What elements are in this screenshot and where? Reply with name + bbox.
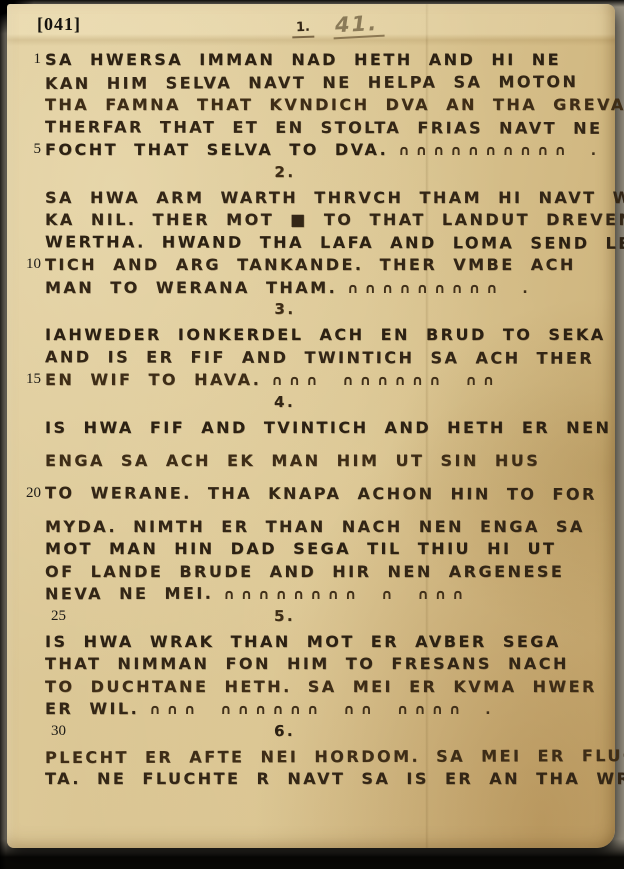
filler-marks: ∩∩∩∩∩∩∩∩∩∩ . [398,143,602,159]
manuscript-line: SA HWA ARM WARTH THRVCH THAM HI NAVT WAR [45,188,615,211]
manuscript-text: SA HWERSA IMMAN NAD HETH AND HI NE [45,50,561,69]
filler-marks: ∩∩∩ ∩∩∩∩∩∩ ∩∩ [271,373,500,389]
manuscript-line: WERTHA. HWAND THA LAFA AND LOMA SEND LES [45,233,615,256]
manuscript-text: MYDA. NIMTH ER THAN NACH NEN ENGA SA [45,517,585,536]
manuscript-text: KA NIL. THER MOT ■ TO THAT LANDUT DREVEN [45,210,624,229]
manuscript-text: MAN TO WERANA THAM. [45,278,337,297]
manuscript-text: TICH AND ARG TANKANDE. THER VMBE ACH [45,255,576,274]
line-number: 5 [13,141,41,158]
line-number: 25 [51,608,79,625]
manuscript-text: OF LANDE BRUDE AND HIR NEN ARGENESE [45,562,564,581]
folio-label: [041] [37,14,81,35]
line-number: 30 [51,723,79,740]
manuscript-line: 1SA HWERSA IMMAN NAD HETH AND HI NE [45,50,615,73]
manuscript-line: THA FAMNA THAT KVNDICH DVA AN THA GREVA. [45,95,615,118]
manuscript-line: IS HWA WRAK THAN MOT ER AVBER SEGA [45,632,615,655]
manuscript-line: THERFAR THAT ET EN STOLTA FRIAS NAVT NE [45,118,615,141]
manuscript-text: THAT NIMMAN FON HIM TO FRESANS NACH [45,654,569,673]
manuscript-text: TO WERANE. THA KNAPA ACHON HIN TO FOR [45,483,597,503]
manuscript-text: IS HWA FIF AND TVINTICH AND HETH ER NEN [45,418,611,437]
section-number: 6. [274,721,295,739]
manuscript-line: ENGA SA ACH EK MAN HIM UT SIN HUS [45,451,615,484]
manuscript-line: ER WIL.∩∩∩ ∩∩∩∩∩∩ ∩∩ ∩∩∩∩ . [45,699,615,722]
filler-marks: ∩∩∩∩∩∩∩∩ ∩ ∩∩∩ [223,587,469,603]
manuscript-text: TO DUCHTANE HETH. SA MEI ER KVMA HWER [45,677,597,696]
manuscript-line: TO DUCHTANE HETH. SA MEI ER KVMA HWER [45,677,615,700]
manuscript-lines: 1SA HWERSA IMMAN NAD HETH AND HI NEKAN H… [7,50,615,792]
manuscript-text: KAN HIM SELVA NAVT NE HELPA SA MOTON [45,72,578,93]
manuscript-text: PLECHT ER AFTE NEI HORDOM. SA MEI ER FLU… [45,745,624,766]
manuscript-text: MOT MAN HIN DAD SEGA TIL THIU HI UT [45,539,556,558]
parchment-page: [041] 1. 41. 1SA HWERSA IMMAN NAD HETH A… [7,4,615,848]
manuscript-text: WERTHA. HWAND THA LAFA AND LOMA SEND LES [45,232,624,253]
manuscript-text: THA FAMNA THAT KVNDICH DVA AN THA GREVA. [45,95,624,114]
section-number-line: 306. [45,722,615,747]
manuscript-line: 20TO WERANE. THA KNAPA ACHON HIN TO FOR [45,484,615,517]
line-number: 1 [13,51,41,68]
page-number-ink: 1. [292,18,315,39]
manuscript-text: AND IS ER FIF AND TWINTICH SA ACH THER [45,347,594,367]
line-number: 15 [13,371,41,388]
section-number: 3. [274,300,295,318]
manuscript-line: MOT MAN HIN DAD SEGA TIL THIU HI UT [45,539,615,562]
manuscript-text: IS HWA WRAK THAN MOT ER AVBER SEGA [45,632,561,651]
section-number-line: 4. [45,393,615,418]
manuscript-line: AND IS ER FIF AND TWINTICH SA ACH THER [45,348,615,371]
manuscript-line: OF LANDE BRUDE AND HIR NEN ARGENESE [45,562,615,585]
manuscript-line: KAN HIM SELVA NAVT NE HELPA SA MOTON [45,73,615,96]
manuscript-line: MAN TO WERANA THAM.∩∩∩∩∩∩∩∩∩ . [45,278,615,301]
manuscript-line: TA. NE FLUCHTE R NAVT SA IS ER AN THA WR… [45,769,615,792]
manuscript-text: NEVA NE MEI. [45,584,213,604]
section-number: 2. [274,163,295,181]
section-number-line: 3. [45,300,615,325]
manuscript-text: TA. NE FLUCHTE R NAVT SA IS ER AN THA WR… [45,769,624,788]
manuscript-line: 15EN WIF TO HAVA.∩∩∩ ∩∩∩∩∩∩ ∩∩ [45,370,615,393]
filler-marks: ∩∩∩ ∩∩∩∩∩∩ ∩∩ ∩∩∩∩ . [149,702,496,718]
manuscript-line: 5FOCHT THAT SELVA TO DVA.∩∩∩∩∩∩∩∩∩∩ . [45,140,615,163]
manuscript-line: KA NIL. THER MOT ■ TO THAT LANDUT DREVEN [45,210,615,233]
page-number-pencil: 41. [332,11,384,40]
manuscript-text: THERFAR THAT ET EN STOLTA FRIAS NAVT NE [45,117,602,137]
page-header: [041] 1. 41. [7,4,615,50]
manuscript-scan: [041] 1. 41. 1SA HWERSA IMMAN NAD HETH A… [0,0,624,869]
manuscript-line: IAHWEDER IONKERDEL ACH EN BRUD TO SEKA [45,325,615,348]
page-number-group: 1. 41. [292,12,384,38]
manuscript-text: ENGA SA ACH EK MAN HIM UT SIN HUS [45,451,540,470]
manuscript-line: THAT NIMMAN FON HIM TO FRESANS NACH [45,654,615,677]
manuscript-text: IAHWEDER IONKERDEL ACH EN BRUD TO SEKA [45,325,606,344]
section-number: 4. [274,392,295,410]
manuscript-line: NEVA NE MEI.∩∩∩∩∩∩∩∩ ∩ ∩∩∩ [45,584,615,607]
section-number: 5. [274,606,295,624]
section-number-line: 255. [45,607,615,632]
line-number: 10 [13,256,41,273]
manuscript-text: SA HWA ARM WARTH THRVCH THAM HI NAVT WAR [45,188,624,207]
manuscript-line: 10TICH AND ARG TANKANDE. THER VMBE ACH [45,255,615,278]
manuscript-line: IS HWA FIF AND TVINTICH AND HETH ER NEN [45,418,615,451]
manuscript-text: EN WIF TO HAVA. [45,370,261,389]
manuscript-line: MYDA. NIMTH ER THAN NACH NEN ENGA SA [45,517,615,540]
manuscript-text: ER WIL. [45,699,139,718]
section-number-line: 2. [45,163,615,188]
manuscript-line: PLECHT ER AFTE NEI HORDOM. SA MEI ER FLU… [45,747,615,770]
manuscript-text: FOCHT THAT SELVA TO DVA. [45,140,388,159]
filler-marks: ∩∩∩∩∩∩∩∩∩ . [347,281,534,297]
line-number: 20 [13,485,41,502]
